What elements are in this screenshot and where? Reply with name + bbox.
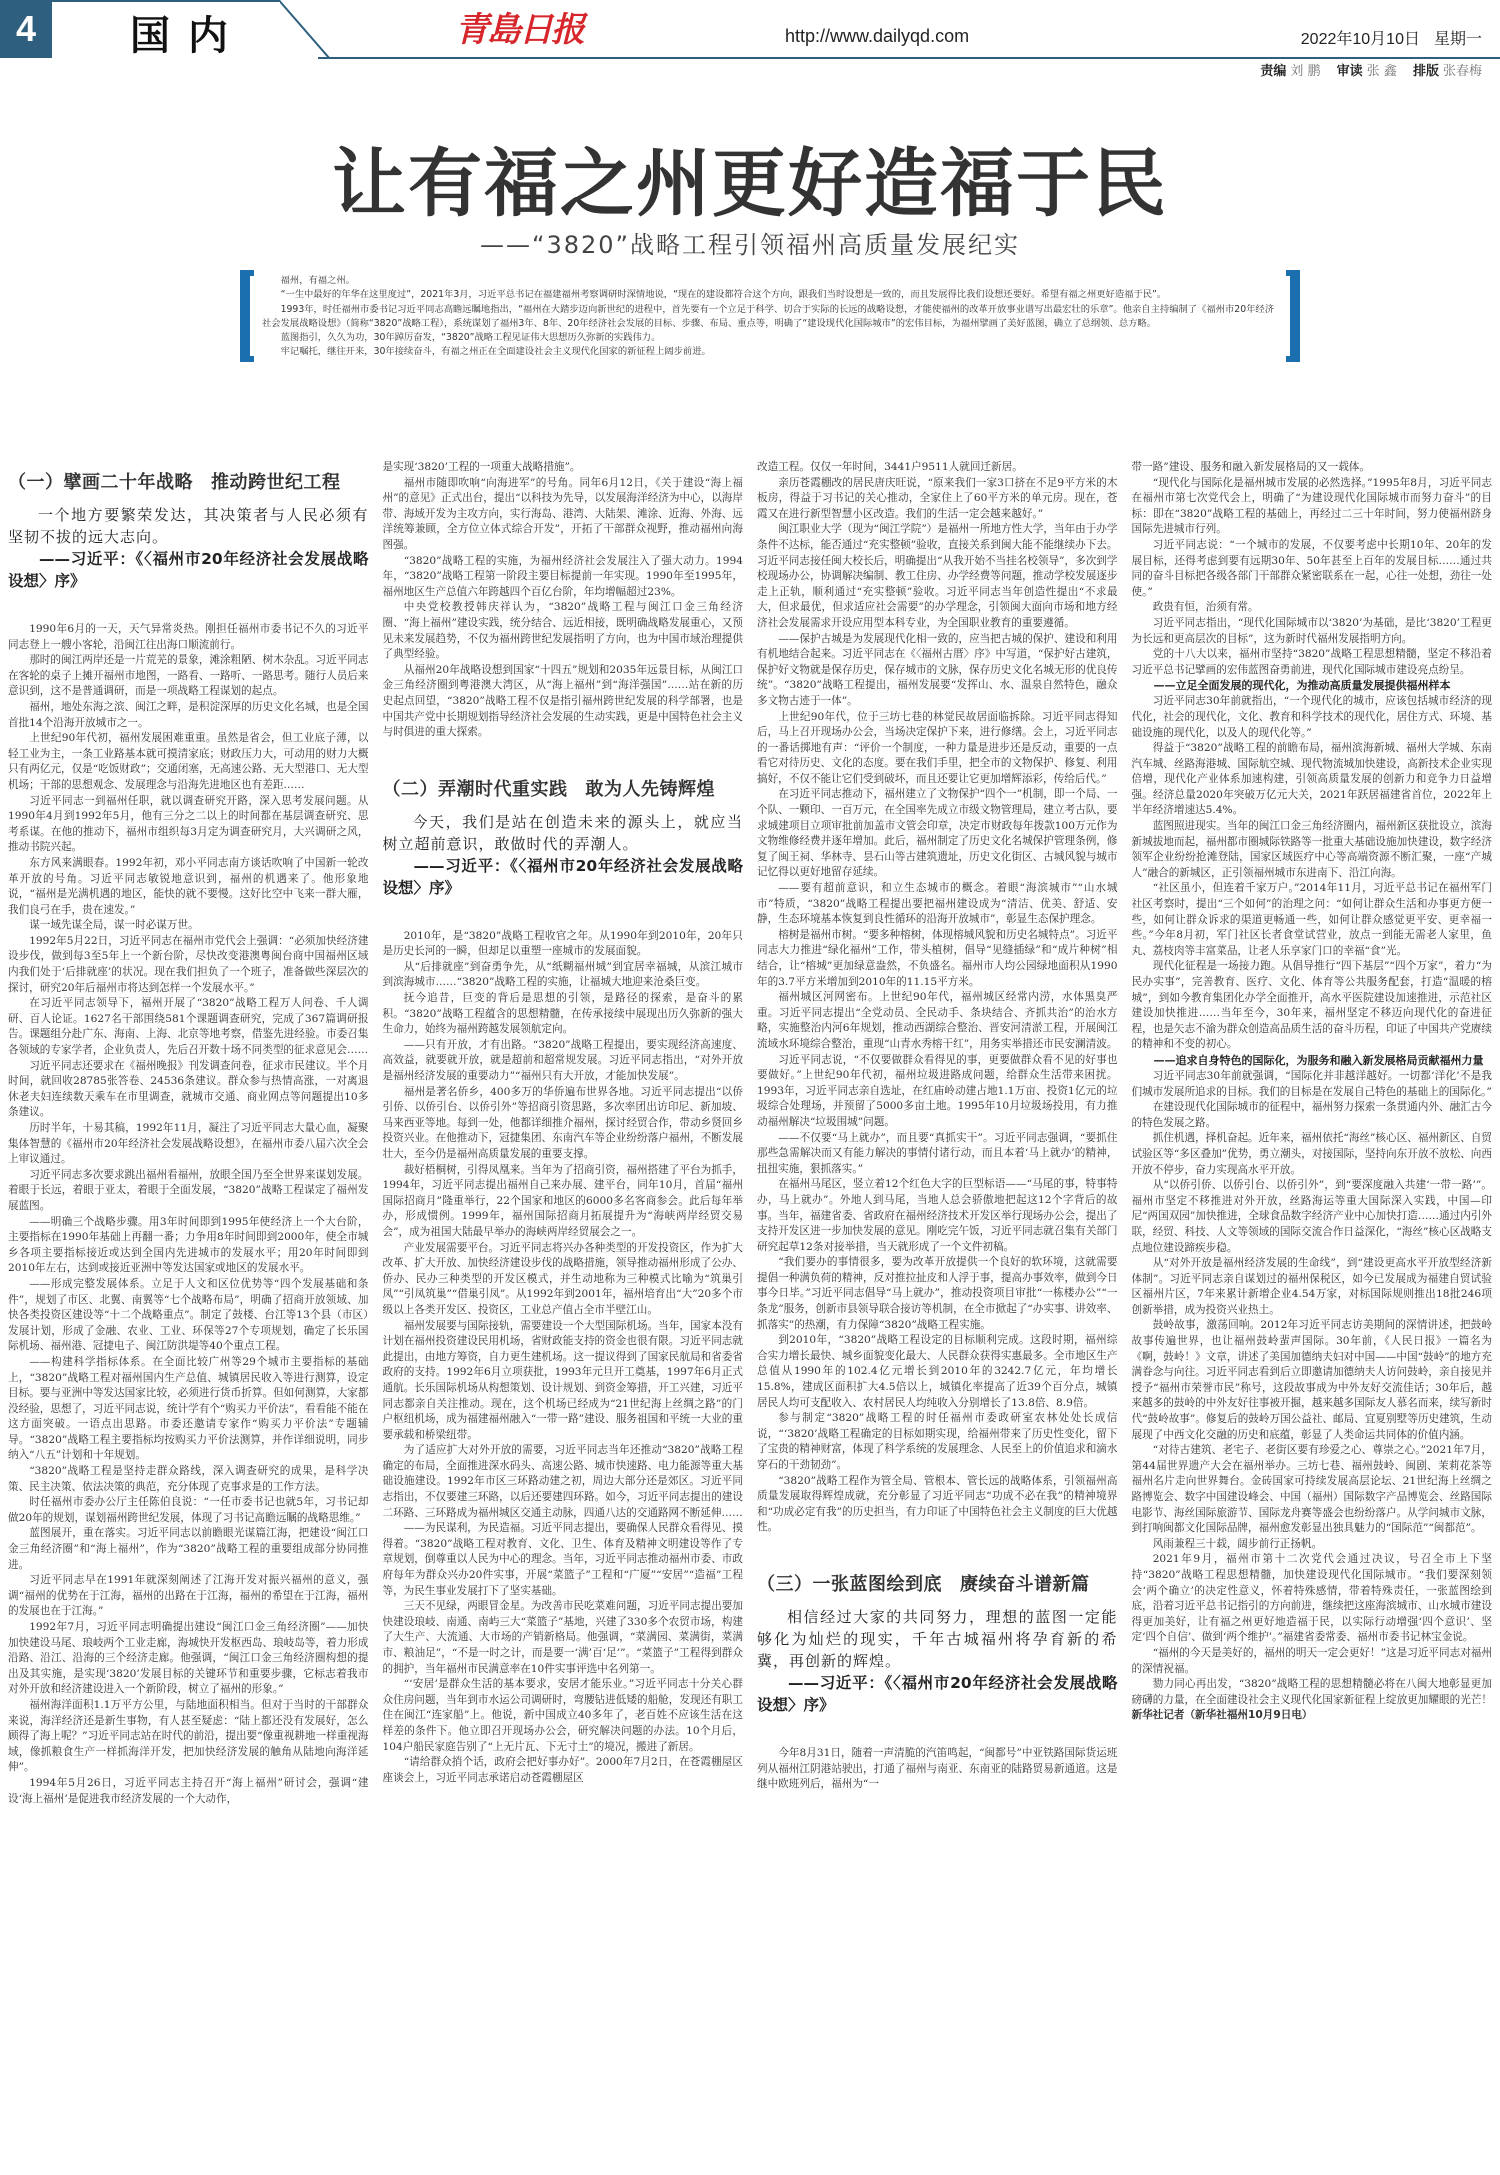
paragraph: 在福州马尾区，竖立着12个红色大字的巨型标语——“马尾的事，特事特办，马上就办”…	[757, 1177, 1118, 1255]
bracket-right-decoration	[1286, 270, 1300, 362]
paragraph: 在习近平同志领导下，福州开展了“3820”战略工程万人问卷、千人调研、百人论证。…	[8, 996, 369, 1058]
paragraph: 裁好梧桐树，引得凤凰来。当年为了招商引资，福州搭建了平台为抓手，1994年，习近…	[383, 1163, 744, 1241]
bracket-left-decoration	[240, 270, 254, 362]
paragraph: 上世纪90年代，位于三坊七巷的林觉民故居面临拆除。习近平同志得知后，马上召开现场…	[757, 710, 1118, 788]
paragraph: 改造工程。仅仅一年时间，3441户9511人就回迁新居。	[757, 460, 1118, 476]
paragraph: 东方风来满眼春。1992年初，邓小平同志南方谈话吹响了中国新一轮改革开放的号角。…	[8, 856, 369, 918]
paragraph: 今年8月31日，随着一声清脆的汽笛鸣起，“闽都号”中亚铁路国际货运班列从福州江阴…	[757, 1746, 1118, 1793]
paragraph: “我们要办的事情很多，要为改革开放提供一个良好的软环境，这就需要提倡一种满负荷的…	[757, 1255, 1118, 1333]
paragraph: “请给群众捎个话，政府会把好事办好”。2000年7月2日，在苍霞棚屋区座谈会上，…	[383, 1755, 744, 1786]
credit-person: 刘 鹏	[1290, 64, 1320, 79]
section-heading-part: （一）擘画二十年战略	[8, 472, 193, 493]
paragraph: 习近平同志早在1991年就深刻阐述了江海开发对振兴福州的意义，强调“福州的优势在…	[8, 1573, 369, 1620]
paragraph: 福州市随即吹响“向海进军”的号角。同年6月12日，《关于建设“海上福州”的意见》…	[383, 476, 744, 554]
masthead: 4 国内 青島日报 http://www.dailyqd.com 2022年10…	[0, 0, 1500, 80]
paragraph: “‘安居’是群众生活的基本要求，安居才能乐业。”习近平同志十分关心群众住房问题，…	[383, 1677, 744, 1755]
paragraph: 谋一域先谋全局，谋一时必谋万世。	[8, 918, 369, 934]
intro-text: 福州，有福之州。 “一生中最好的年华在这里度过”，2021年3月，习近平总书记在…	[262, 274, 1278, 360]
weekday: 星期一	[1434, 31, 1482, 48]
intro-paragraph: 蓝图指引，久久为功，30年踔厉奋发，“3820”战略工程见证伟大思想历久弥新的实…	[262, 331, 1278, 345]
paragraph: 榕树是福州市树。“要多种榕树，体现榕城风貌和历史名城特点”。习近平同志大力推进“…	[757, 928, 1118, 990]
paragraph: 那时的闽江两岸还是一片荒芜的景象，滩涂粗陋、树木杂乱。习近平同志在客轮的桌子上摊…	[8, 653, 369, 700]
paragraph: 习近平同志说，“不仅要做群众看得见的事，更要做群众看不见的好事也要做好。”上世纪…	[757, 1053, 1118, 1131]
column-3: 改造工程。仅仅一年时间，3441户9511人就回迁新居。 亲历苍霞棚改的居民唐庆…	[757, 460, 1118, 2170]
article-headline: 让有福之州更好造福于民	[0, 125, 1500, 231]
paragraph: ——不仅要“马上就办”，而且要“真抓实干”。习近平同志强调，“要抓住那些急需解决…	[757, 1131, 1118, 1178]
article-subheadline: ——“3820”战略工程引领福州高质量发展纪实	[0, 225, 1500, 260]
paragraph: 蓝图照进现实。当年的闽江口金三角经济圈内，福州新区获批设立，滨海新城拔地而起，福…	[1132, 819, 1493, 881]
paragraph: 政贵有恒，治须有常。	[1132, 600, 1493, 616]
intro-paragraph: 牢记嘱托，继往开来，30年接续奋斗，有福之州正在全面建设社会主义现代化国家的新征…	[262, 345, 1278, 359]
credit-role: 审读	[1337, 64, 1363, 79]
pull-quote: 今天，我们是站在创造未来的源头上，就应当树立超前意识，敢做时代的弄潮人。	[383, 811, 744, 855]
paragraph: 福州发展要与国际接轨，需要建设一个大型国际机场。当年，国家本没有计划在福州投资建…	[383, 1319, 744, 1444]
section-heading-1: （一）擘画二十年战略推动跨世纪工程	[8, 470, 369, 496]
date: 2022年10月10日	[1301, 31, 1420, 48]
paragraph: 参与制定“3820”战略工程的时任福州市委政研室农林处处长成信说，“‘3820’…	[757, 1411, 1118, 1473]
paragraph: 历时半年，十易其稿，1992年11月，凝注了习近平同志大量心血，凝聚集体智慧的《…	[8, 1121, 369, 1168]
paragraph: 上世纪90年代初，福州发展困难重重。虽然是省会，但工业底子薄，以轻工业为主，一条…	[8, 731, 369, 793]
paragraph: 为了适应扩大对外开放的需要，习近平同志当年还推动“3820”战略工程确定的布局，…	[383, 1443, 744, 1521]
paragraph: ——只有开放，才有出路。“3820”战略工程提出，要实现经济高速度、高效益，就要…	[383, 1038, 744, 1085]
paragraph: 亲历苍霞棚改的居民唐庆旺说，“原来我们一家3口挤在不足9平方米的木板房，得益于习…	[757, 476, 1118, 523]
newspaper-logo: 青島日报	[455, 2, 583, 51]
paragraph: “3820”战略工程作为管全局、管根本、管长远的战略体系，引领福州高质量发展取得…	[757, 1474, 1118, 1536]
article-body: （一）擘画二十年战略推动跨世纪工程 一个地方要繁荣发达，其决策者与人民必须有坚韧…	[8, 460, 1492, 2170]
credit-person: 张春梅	[1443, 64, 1482, 79]
quote-source: ——习近平：《〈福州市20年经济社会发展战略设想〉序》	[757, 1672, 1118, 1716]
issue-date: 2022年10月10日星期一	[1301, 26, 1482, 49]
paragraph: “3820”战略工程是坚持走群众路线，深入调查研究的成果，是科学决策、民主决策、…	[8, 1464, 369, 1495]
paragraph: 闽江职业大学（现为“闽江学院”）是福州一所地方性大学，当年由于办学条件不达标，能…	[757, 522, 1118, 631]
column-4: 带一路”建设、服务和融入新发展格局的又一载体。 “现代化与国际化是福州城市发展的…	[1132, 460, 1493, 2170]
paragraph: ——为民谋利，为民造福。习近平同志提出，要确保人民群众看得见、摸得着。“3820…	[383, 1521, 744, 1599]
paragraph: 1992年5月22日，习近平同志在福州市党代会上强调：“必须加快经济建设步伐，做…	[8, 934, 369, 996]
paragraph: “对待古建筑、老宅子、老街区要有珍爱之心、尊崇之心。”2021年7月，第44届世…	[1132, 1443, 1493, 1537]
paragraph: “福州的今天是美好的，福州的明天一定会更好！”这是习近平同志对福州的深情祝福。	[1132, 1646, 1493, 1677]
paragraph: 带一路”建设、服务和融入新发展格局的又一载体。	[1132, 460, 1493, 476]
paragraph: ——明确三个战略步骤。用3年时间即到1995年使经济上一个大台阶，主要指标在19…	[8, 1215, 369, 1277]
paragraph: 鼓岭故事，激荡回响。2012年习近平同志访美期间的深情讲述，把鼓岭故事传遍世界，…	[1132, 1318, 1493, 1443]
paragraph: 福州，地处东海之滨、闽江之畔，是积淀深厚的历史文化名城，也是全国首批14个沿海开…	[8, 700, 369, 731]
paragraph: 得益于“3820”战略工程的前瞻布局，福州滨海新城、福州大学城、东南汽车城、丝路…	[1132, 741, 1493, 819]
paragraph: “社区虽小，但连着千家万户。”2014年11月，习近平总书记在福州军门社区考察时…	[1132, 881, 1493, 959]
paragraph: 从“对外开放是福州经济发展的生命线”，到“建设更高水平开放型经济新体制”。习近平…	[1132, 1256, 1493, 1318]
section-heading-part: 推动跨世纪工程	[211, 472, 341, 493]
website-link[interactable]: http://www.dailyqd.com	[785, 26, 969, 47]
section-title: 国内	[130, 4, 246, 61]
paragraph: 是实现‘3820’工程的一项重大战略措施”。	[383, 460, 744, 476]
intro-box: 福州，有福之州。 “一生中最好的年华在这里度过”，2021年3月，习近平总书记在…	[240, 270, 1300, 380]
paragraph: 现代化征程是一场接力跑。从倡导推行“四下基层”“四个万家”，着力“为民办实事”，…	[1132, 959, 1493, 1053]
paragraph: 党的十八大以来，福州市坚持“3820”战略工程思想精髓，坚定不移沿着习近平总书记…	[1132, 647, 1493, 678]
masthead-rule-bottom	[318, 57, 1500, 59]
paragraph: “3820”战略工程的实施，为福州经济社会发展注入了强大动力。1994年，“38…	[383, 554, 744, 601]
paragraph: 产业发展需要平台。习近平同志将兴办各种类型的开发投资区，作为扩大改革、扩大开放、…	[383, 1241, 744, 1319]
section-heading-part: 赓续奋斗谱新篇	[960, 1574, 1090, 1595]
editorial-credits: 责编刘 鹏 审读张 鑫 排版张春梅	[1248, 60, 1482, 79]
column-1: （一）擘画二十年战略推动跨世纪工程 一个地方要繁荣发达，其决策者与人民必须有坚韧…	[8, 460, 369, 2170]
subsection-heading: ——追求自身特色的国际化，为服务和融入新发展格局贡献福州力量	[1132, 1053, 1493, 1069]
paragraph: 从“后排就座”到奋勇争先，从“纸糊福州城”到宜居幸福城，从滨江城市到滨海城市………	[383, 960, 744, 991]
paragraph: 习近平同志还要求在《福州晚报》刊发调查问卷，征求市民建议。半个月时间，就回收28…	[8, 1059, 369, 1121]
paragraph: 习近平同志30年前就强调，“国际化并非越洋越好。一切都‘洋化’不是我们城市发展所…	[1132, 1069, 1493, 1100]
paragraph: 抓住机遇，择机奋起。近年来，福州依托“海丝”核心区、福州新区、自贸试验区等“多区…	[1132, 1131, 1493, 1178]
credit-role: 责编	[1260, 64, 1286, 79]
paragraph: 福州海洋面积1.1万平方公里，与陆地面积相当。但对于当时的干部群众来说，海洋经济…	[8, 1698, 369, 1776]
section-heading-part: （三）一张蓝图绘到底	[757, 1574, 942, 1595]
intro-paragraph: 1993年，时任福州市委书记习近平同志高瞻远瞩地指出，“福州在大踏步迈向新世纪的…	[262, 303, 1278, 332]
credit-person: 张 鑫	[1367, 64, 1397, 79]
paragraph: ——要有超前意识，和立生态城市的概念。着眼“海滨城市”“山水城市”特质，“382…	[757, 881, 1118, 928]
masthead-rule	[52, 0, 280, 2]
closing-text: 勠力同心再出发，“3820”战略工程的思想精髓必将在八闽大地彰显更加磅礴的力量，…	[1132, 1678, 1493, 1706]
section-heading-part: 敢为人先铸辉煌	[586, 779, 716, 800]
paragraph: 到2010年，“3820”战略工程设定的目标顺利完成。这段时期，福州综合实力增长…	[757, 1333, 1118, 1411]
paragraph: 2021年9月，福州市第十二次党代会通过决议，号召全市上下坚持“3820”战略工…	[1132, 1552, 1493, 1646]
paragraph: 三天不见绿，两眼冒金星。为改善市民吃菜难问题，习近平同志提出要加快建设琅岐、南通…	[383, 1599, 744, 1677]
section-heading-part: （二）弄潮时代重实践	[383, 779, 568, 800]
paragraph: 福州是著名侨乡，400多万的华侨遍布世界各地。习近平同志提出“以侨引侨、以侨引台…	[383, 1085, 744, 1163]
paragraph: 1994年5月26日，习近平同志主持召开“海上福州”研讨会，强调“建设‘海上福州…	[8, 1776, 369, 1807]
intro-paragraph: “一生中最好的年华在这里度过”，2021年3月，习近平总书记在福建福州考察调研时…	[262, 288, 1278, 302]
pull-quote: 相信经过大家的共同努力，理想的蓝图一定能够化为灿烂的现实，千年古城福州将孕育新的…	[757, 1606, 1118, 1672]
paragraph: 在习近平同志推动下，福州建立了文物保护“四个一”机制，即一个局、一个队、一颗印、…	[757, 787, 1118, 881]
quote-source: ——习近平：《〈福州市20年经济社会发展战略设想〉序》	[8, 548, 369, 592]
paragraph: 习近平同志30年前就指出，“一个现代化的城市，应该包括城市经济的现代化，社会的现…	[1132, 694, 1493, 741]
section-heading-3: （三）一张蓝图绘到底赓续奋斗谱新篇	[757, 1572, 1118, 1598]
paragraph: ——形成完整发展体系。立足于人文和区位优势等“四个发展基础和条件”，规划了市区、…	[8, 1277, 369, 1355]
paragraph: 时任福州市委办公厅主任陈伯良说：“一任市委书记也就5年，习书记却做20年的规划，…	[8, 1495, 369, 1526]
pull-quote: 一个地方要繁荣发达，其决策者与人民必须有坚韧不拔的远大志向。	[8, 504, 369, 548]
paragraph: 福州城区河网密布。上世纪90年代，福州城区经常内涝，水体黑臭严重。习近平同志提出…	[757, 990, 1118, 1052]
paragraph: 中央党校教授韩庆祥认为，“3820”战略工程与闽江口金三角经济圈、“海上福州”建…	[383, 600, 744, 662]
paragraph: 习近平同志多次要求跳出福州看福州，放眼全国乃至全世界来谋划发展。着眼于长远，着眼…	[8, 1168, 369, 1215]
page-number: 4	[0, 0, 52, 58]
paragraph: 从福州20年战略设想到国家“十四五”规划和2035年远景目标，从闽江口金三角经济…	[383, 663, 744, 741]
intro-paragraph: 福州，有福之州。	[262, 274, 1278, 288]
paragraph: 习近平同志说：“一个城市的发展，不仅要考虑中长期10年、20年的发展目标，还得考…	[1132, 538, 1493, 600]
paragraph: 1992年7月，习近平同志明确提出建设“闽江口金三角经济圈”——加快加快建设马尾…	[8, 1620, 369, 1698]
masthead-diagonal	[280, 0, 330, 58]
quote-source: ——习近平：《〈福州市20年经济社会发展战略设想〉序》	[383, 855, 744, 899]
paragraph: 习近平同志指出，“现代化国际城市以‘3820’为基础，是比‘3820’工程更为长…	[1132, 616, 1493, 647]
paragraph: 从“以侨引侨、以侨引台、以侨引外”，到“要深度融入共建‘一带一路’”。福州市坚定…	[1132, 1178, 1493, 1256]
byline: 新华社记者（新华社福州10月9日电）	[1132, 1709, 1313, 1721]
paragraph: ——保护古城是为发展现代化相一致的，应当把古城的保护、建设和利用有机地结合起来。…	[757, 632, 1118, 710]
paragraph: 2010年，是“3820”战略工程收官之年。从1990年到2010年，20年只是…	[383, 929, 744, 960]
paragraph: ——构建科学指标体系。在全面比较广州等29个城市主要指标的基础上，“3820”战…	[8, 1355, 369, 1464]
subsection-heading: ——立足全面发展的现代化，为推动高质量发展提供福州样本	[1132, 678, 1493, 694]
closing-paragraph: 勠力同心再出发，“3820”战略工程的思想精髓必将在八闽大地彰显更加磅礴的力量，…	[1132, 1677, 1493, 1724]
paragraph: “现代化与国际化是福州城市发展的必然选择。”1995年8月，习近平同志在福州市第…	[1132, 476, 1493, 538]
paragraph: 抚今追昔，巨变的背后是思想的引领，是路径的探索，是奋斗的累积。“3820”战略工…	[383, 991, 744, 1038]
paragraph: 风雨兼程三十载，阔步前行正扬帆。	[1132, 1537, 1493, 1553]
paragraph: 1990年6月的一天，天气异常炎热。刚担任福州市委书记不久的习近平同志登上一艘小…	[8, 622, 369, 653]
section-heading-2: （二）弄潮时代重实践敢为人先铸辉煌	[383, 777, 744, 803]
credit-role: 排版	[1413, 64, 1439, 79]
column-2: 是实现‘3820’工程的一项重大战略措施”。 福州市随即吹响“向海进军”的号角。…	[383, 460, 744, 2170]
paragraph: 蓝图展开，重在落实。习近平同志以前瞻眼光谋篇江海，把建设“闽江口金三角经济圈”和…	[8, 1526, 369, 1573]
paragraph: 习近平同志一到福州任职，就以调查研究开路，深入思考发展问题。从1990年4月到1…	[8, 794, 369, 856]
paragraph: 在建设现代化国际城市的征程中，福州努力探索一条贯通内外、融汇古今的特色发展之路。	[1132, 1100, 1493, 1131]
